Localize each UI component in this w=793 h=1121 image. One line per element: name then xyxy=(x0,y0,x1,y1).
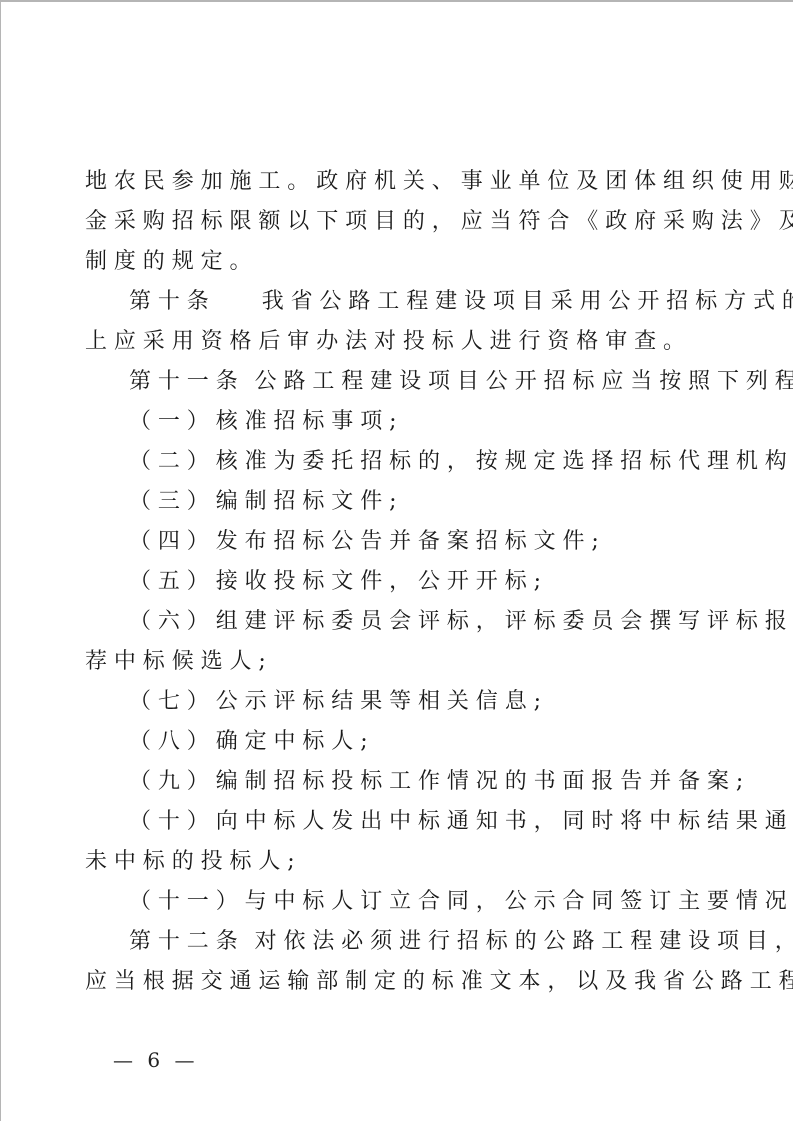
list-marker: （一） xyxy=(129,409,216,434)
list-text: 发布招标公告并备案招标文件; xyxy=(216,529,606,554)
list-marker: （二） xyxy=(129,449,216,474)
article-12-text: 对依法必须进行招标的公路工程建设项目，招标人 xyxy=(255,929,793,954)
list-text: 公示评标结果等相关信息; xyxy=(216,689,548,714)
list-item: （五）接收投标文件，公开开标; xyxy=(85,562,697,602)
article-12-line-1: 第十二条对依法必须进行招标的公路工程建设项目，招标人 xyxy=(85,922,697,962)
list-marker: （十） xyxy=(129,809,216,834)
list-text: 向中标人发出中标通知书，同时将中标结果通知所有 xyxy=(216,809,793,834)
document-page: 地农民参加施工。政府机关、事业单位及团体组织使用财政性资 金采购招标限额以下项目… xyxy=(0,0,793,1121)
list-item: （三）编制招标文件; xyxy=(85,482,697,522)
list-marker: （七） xyxy=(129,689,216,714)
list-text: 确定中标人; xyxy=(216,729,375,754)
list-item-continuation: 荐中标候选人; xyxy=(85,642,697,682)
list-marker: （六） xyxy=(129,609,216,634)
list-item: （十一）与中标人订立合同，公示合同签订主要情况。 xyxy=(85,882,697,922)
list-text: 组建评标委员会评标，评标委员会撰写评标报告、推 xyxy=(216,609,793,634)
list-marker: （十一） xyxy=(129,889,245,914)
article-11-label: 第十一条 xyxy=(129,369,245,394)
list-marker: （八） xyxy=(129,729,216,754)
list-marker: （四） xyxy=(129,529,216,554)
article-11-intro: 第十一条公路工程建设项目公开招标应当按照下列程序进行: xyxy=(85,362,697,402)
list-item: （八）确定中标人; xyxy=(85,722,697,762)
list-item-continuation: 未中标的投标人; xyxy=(85,842,697,882)
article-10-text: 我省公路工程建设项目采用公开招标方式的，原则 xyxy=(262,289,793,314)
list-text: 编制招标投标工作情况的书面报告并备案; xyxy=(216,769,751,794)
document-body: 地农民参加施工。政府机关、事业单位及团体组织使用财政性资 金采购招标限额以下项目… xyxy=(85,162,697,1002)
list-text: 核准招标事项; xyxy=(216,409,404,434)
list-text: 核准为委托招标的，按规定选择招标代理机构; xyxy=(216,449,793,474)
paragraph-line: 金采购招标限额以下项目的，应当符合《政府采购法》及其配套 xyxy=(85,202,697,242)
list-text: 接收投标文件，公开开标; xyxy=(216,569,548,594)
list-item: （九）编制招标投标工作情况的书面报告并备案; xyxy=(85,762,697,802)
list-marker: （五） xyxy=(129,569,216,594)
article-11-text: 公路工程建设项目公开招标应当按照下列程序进行: xyxy=(255,369,793,394)
article-12-label: 第十二条 xyxy=(129,929,245,954)
list-text: 与中标人订立合同，公示合同签订主要情况。 xyxy=(245,889,793,914)
list-text: 编制招标文件; xyxy=(216,489,404,514)
list-item: （一）核准招标事项; xyxy=(85,402,697,442)
article-10-line-1: 第十条我省公路工程建设项目采用公开招标方式的，原则 xyxy=(85,282,697,322)
paragraph-line: 制度的规定。 xyxy=(85,242,697,282)
article-10-label: 第十条 xyxy=(129,289,216,314)
paragraph-line: 地农民参加施工。政府机关、事业单位及团体组织使用财政性资 xyxy=(85,162,697,202)
list-item: （六）组建评标委员会评标，评标委员会撰写评标报告、推 xyxy=(85,602,697,642)
list-marker: （九） xyxy=(129,769,216,794)
article-12-line-2: 应当根据交通运输部制定的标准文本，以及我省公路工程招标文 xyxy=(85,962,697,1002)
list-item: （四）发布招标公告并备案招标文件; xyxy=(85,522,697,562)
list-item: （二）核准为委托招标的，按规定选择招标代理机构; xyxy=(85,442,697,482)
page-number: — 6 — xyxy=(113,1046,198,1074)
list-marker: （三） xyxy=(129,489,216,514)
list-item: （七）公示评标结果等相关信息; xyxy=(85,682,697,722)
article-10-line-2: 上应采用资格后审办法对投标人进行资格审查。 xyxy=(85,322,697,362)
list-item: （十）向中标人发出中标通知书，同时将中标结果通知所有 xyxy=(85,802,697,842)
